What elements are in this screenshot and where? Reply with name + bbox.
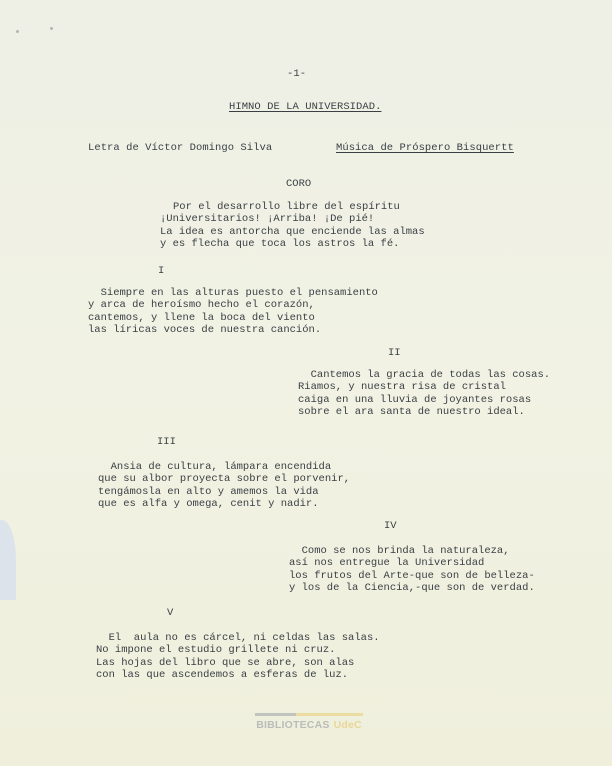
stanza-2: Cantemos la gracia de todas las cosas. R…	[298, 369, 550, 418]
stanza-line: con las que ascendemos a esferas de luz.	[96, 669, 380, 681]
stanza-line: que es alfa y omega, cenit y nadir.	[98, 498, 350, 510]
page-number: -1-	[287, 68, 306, 80]
chorus-line: La idea es antorcha que enciende las alm…	[160, 226, 425, 238]
chorus-heading: CORO	[286, 178, 311, 190]
stanza-line: Cantemos la gracia de todas las cosas.	[298, 369, 550, 381]
stanza-line: sobre el ara santa de nuestro ideal.	[298, 406, 550, 418]
stanza-numeral: II	[388, 347, 401, 359]
paper-speck	[16, 30, 19, 33]
document-title: HIMNO DE LA UNIVERSIDAD.	[229, 101, 381, 113]
watermark-word-udec: UdeC	[334, 719, 362, 731]
stanza-line: las líricas voces de nuestra canción.	[88, 324, 378, 336]
stanza-line: No impone el estudio grillete ni cruz.	[96, 644, 380, 656]
stanza-line: que su albor proyecta sobre el porvenir,	[98, 473, 350, 485]
stanza-line: y arca de heroísmo hecho el corazón,	[88, 299, 378, 311]
stanza-line: Ansia de cultura, lámpara encendida	[98, 461, 350, 473]
stanza-line: Como se nos brinda la naturaleza,	[289, 545, 535, 557]
stanza-3: Ansia de cultura, lámpara encendida que …	[98, 461, 350, 510]
chorus-line: ¡Universitarios! ¡Arriba! ¡De pié!	[160, 213, 425, 225]
library-watermark: BIBLIOTECASUdeC	[255, 713, 363, 731]
stanza-4: Como se nos brinda la naturaleza, así no…	[289, 545, 535, 594]
chorus: Por el desarrollo libre del espíritu ¡Un…	[160, 201, 425, 250]
watermark-word-bibliotecas: BIBLIOTECAS	[256, 719, 329, 731]
stanza-numeral: IV	[384, 520, 397, 532]
stanza-line: los frutos del Arte-que son de belleza-	[289, 570, 535, 582]
scanned-page: -1- HIMNO DE LA UNIVERSIDAD. Letra de Ví…	[0, 0, 612, 766]
chorus-line: Por el desarrollo libre del espíritu	[160, 201, 425, 213]
stanza-line: El aula no es cárcel, ni celdas las sala…	[96, 632, 380, 644]
stanza-line: y los de la Ciencia,-que son de verdad.	[289, 582, 535, 594]
stanza-5: El aula no es cárcel, ni celdas las sala…	[96, 632, 380, 681]
stanza-numeral: V	[167, 607, 173, 619]
stanza-line: Riamos, y nuestra risa de cristal	[298, 381, 550, 393]
stanza-line: cantemos, y llene la boca del viento	[88, 312, 378, 324]
stanza-line: Las hojas del libro que se abre, son ala…	[96, 657, 380, 669]
chorus-line: y es flecha que toca los astros la fé.	[160, 238, 425, 250]
stanza-line: Siempre en las alturas puesto el pensami…	[88, 287, 378, 299]
stanza-numeral: III	[157, 436, 176, 448]
stanza-line: tengámosla en alto y amemos la vida	[98, 486, 350, 498]
watermark-bar	[255, 713, 363, 716]
stanza-1: Siempre en las alturas puesto el pensami…	[88, 287, 378, 336]
paper-edge-tear	[0, 520, 16, 600]
music-credit: Música de Próspero Bisquertt	[336, 142, 514, 154]
stanza-line: así nos entregue la Universidad	[289, 557, 535, 569]
lyrics-credit: Letra de Víctor Domingo Silva	[88, 142, 272, 154]
paper-speck	[50, 27, 53, 30]
stanza-line: caiga en una lluvia de joyantes rosas	[298, 394, 550, 406]
stanza-numeral: I	[158, 265, 164, 277]
